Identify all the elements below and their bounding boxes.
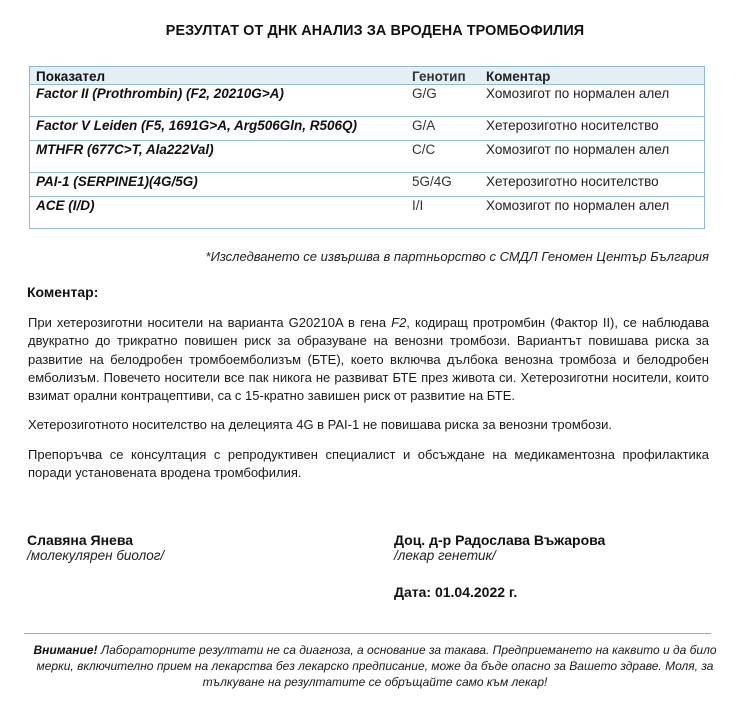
table-row: ACE (I/D) I/I Хомозигот по нормален алел bbox=[30, 197, 705, 229]
column-header-genotype: Генотип bbox=[406, 67, 480, 85]
marker-cell: Factor V Leiden (F5, 1691G>A, Arg506Gln,… bbox=[30, 117, 407, 141]
signature-geneticist: Доц. д-р Радослава Въжарова /лекар генет… bbox=[394, 532, 605, 563]
commentary-text: При хетерозиготни носители на варианта G… bbox=[28, 315, 391, 330]
comment-cell: Хомозигот по нормален алел bbox=[480, 197, 705, 229]
table-header-row: Показател Генотип Коментар bbox=[30, 67, 705, 85]
page-title: РЕЗУЛТАТ ОТ ДНК АНАЛИЗ ЗА ВРОДЕНА ТРОМБО… bbox=[15, 22, 735, 39]
commentary-body: При хетерозиготни носители на варианта G… bbox=[28, 314, 709, 493]
column-header-marker: Показател bbox=[30, 67, 407, 85]
comment-cell: Хетерозиготно носителство bbox=[480, 117, 705, 141]
commentary-heading: Коментар: bbox=[27, 284, 98, 300]
table-row: MTHFR (677C>T, Ala222Val) C/C Хомозигот … bbox=[30, 141, 705, 173]
commentary-paragraph-pai1: Хетерозиготното носителство на делецията… bbox=[28, 416, 709, 434]
marker-cell: Factor II (Prothrombin) (F2, 20210G>A) bbox=[30, 85, 407, 117]
disclaimer: Внимание! Лабораторните резултати не са … bbox=[28, 642, 722, 690]
disclaimer-label: Внимание! bbox=[33, 643, 97, 657]
marker-cell: PAI-1 (SERPINE1)(4G/5G) bbox=[30, 173, 407, 197]
results-table: Показател Генотип Коментар Factor II (Pr… bbox=[29, 66, 705, 229]
signatory-name: Славяна Янева bbox=[27, 532, 164, 548]
genotype-cell: G/G bbox=[406, 85, 480, 117]
signatory-role: /молекулярен биолог/ bbox=[27, 548, 164, 563]
marker-cell: MTHFR (677C>T, Ala222Val) bbox=[30, 141, 407, 173]
commentary-paragraph-f2: При хетерозиготни носители на варианта G… bbox=[28, 314, 709, 405]
genotype-cell: G/A bbox=[406, 117, 480, 141]
genotype-cell: C/C bbox=[406, 141, 480, 173]
column-header-comment: Коментар bbox=[480, 67, 705, 85]
gene-name: F2 bbox=[391, 315, 406, 330]
comment-cell: Хомозигот по нормален алел bbox=[480, 85, 705, 117]
disclaimer-text: Лабораторните резултати не са диагноза, … bbox=[37, 643, 717, 689]
genotype-cell: 5G/4G bbox=[406, 173, 480, 197]
table-row: PAI-1 (SERPINE1)(4G/5G) 5G/4G Хетерозиго… bbox=[30, 173, 705, 197]
marker-cell: ACE (I/D) bbox=[30, 197, 407, 229]
signatory-role: /лекар генетик/ bbox=[394, 548, 605, 563]
genotype-cell: I/I bbox=[406, 197, 480, 229]
signature-biologist: Славяна Янева /молекулярен биолог/ bbox=[27, 532, 164, 563]
comment-cell: Хомозигот по нормален алел bbox=[480, 141, 705, 173]
partnership-footnote: *Изследването се извършва в партньорство… bbox=[206, 249, 709, 264]
report-date: Дата: 01.04.2022 г. bbox=[394, 584, 517, 600]
table-row: Factor V Leiden (F5, 1691G>A, Arg506Gln,… bbox=[30, 117, 705, 141]
footer-divider bbox=[24, 633, 711, 634]
table-row: Factor II (Prothrombin) (F2, 20210G>A) G… bbox=[30, 85, 705, 117]
signatory-name: Доц. д-р Радослава Въжарова bbox=[394, 532, 605, 548]
commentary-paragraph-recommendation: Препоръчва се консултация с репродуктиве… bbox=[28, 446, 709, 483]
comment-cell: Хетерозиготно носителство bbox=[480, 173, 705, 197]
